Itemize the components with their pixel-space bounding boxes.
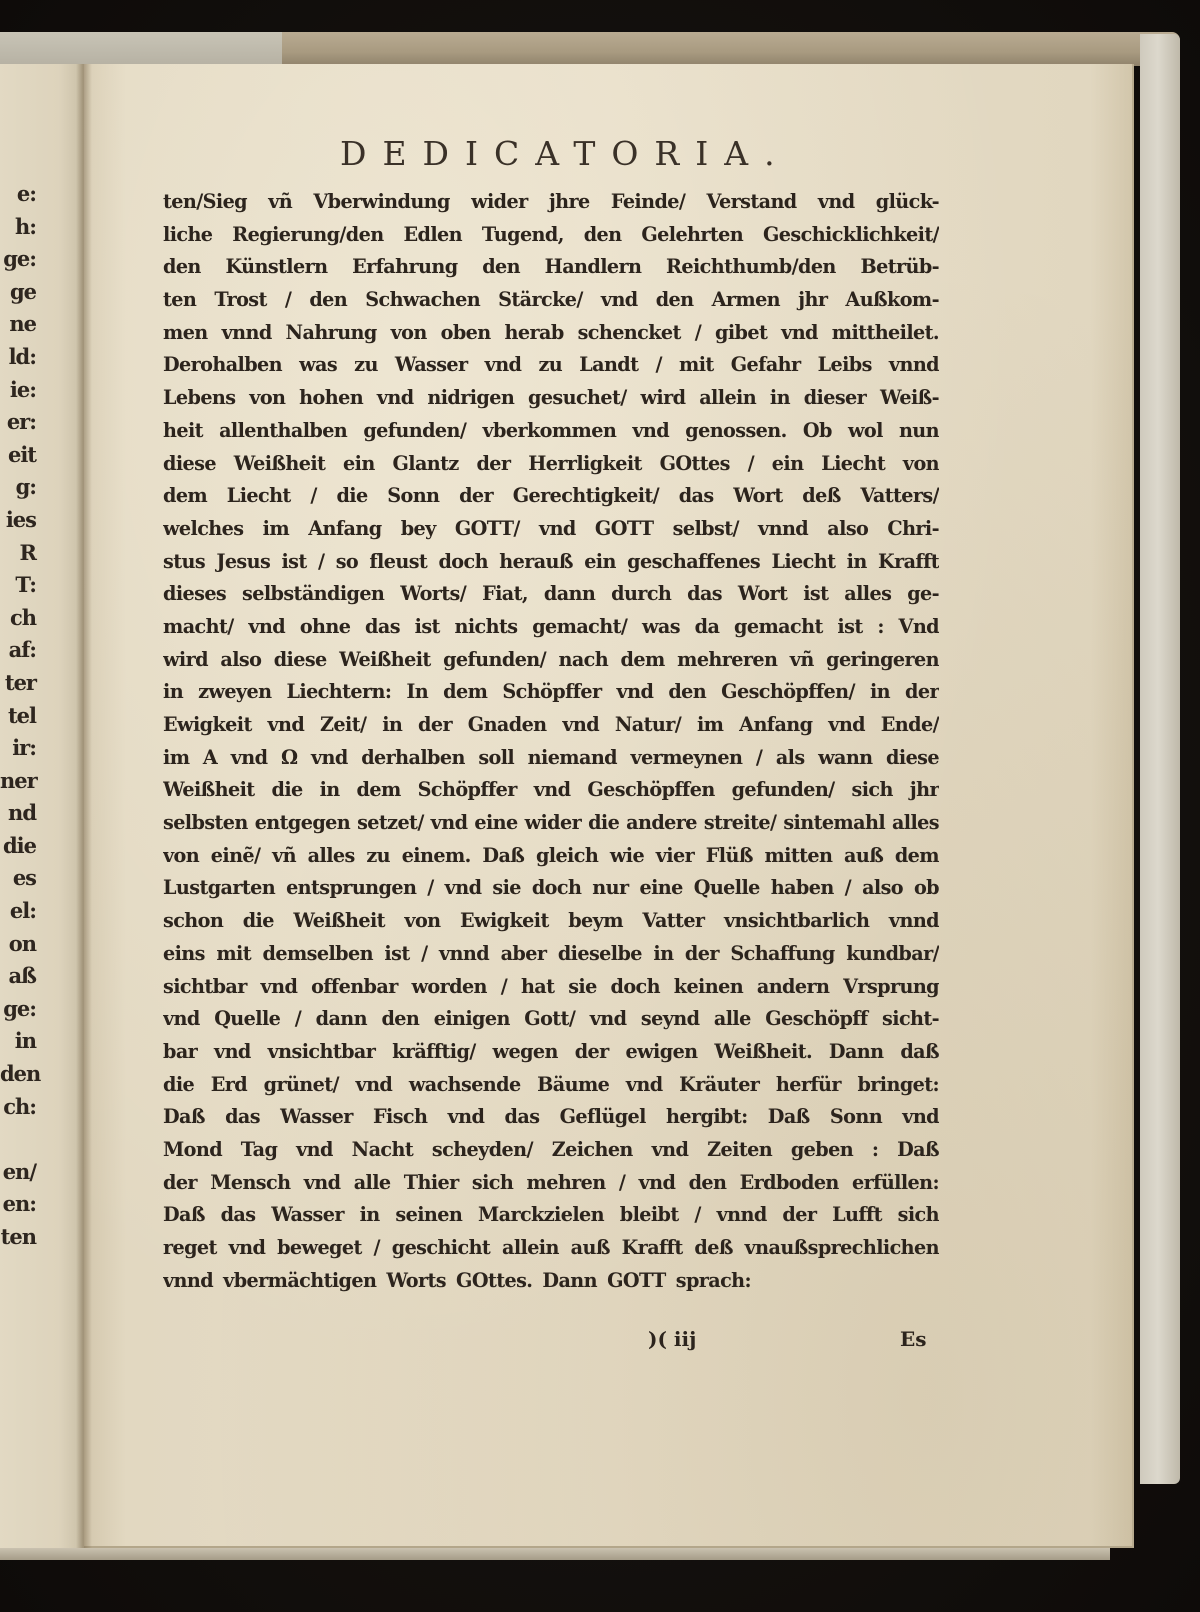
text-line: diese Weißheit ein Glantz der Herrligkei… — [163, 448, 939, 481]
fragment: die — [0, 830, 36, 863]
fragment: tel — [0, 700, 36, 733]
fragment: es — [0, 862, 36, 895]
text-line: wird also diese Weißheit gefunden/ nach … — [163, 644, 939, 677]
body-text: ten/Sieg vñ Vberwindung wider jhre Feind… — [163, 186, 939, 1297]
book-gutter — [76, 64, 92, 1548]
fragment: aß — [0, 960, 36, 993]
text-line: stus Jesus ist / so fleust doch herauß e… — [163, 546, 939, 579]
fragment: af: — [0, 634, 36, 667]
running-head: DEDICATORIA. — [340, 134, 800, 173]
fragment: eit — [0, 439, 36, 472]
fragment: ir: — [0, 732, 36, 765]
text-line: von einẽ/ vñ alles zu einem. Daß gleich … — [163, 840, 939, 873]
fragment: en/ — [0, 1156, 36, 1189]
text-line: heit allenthalben gefunden/ vberkommen v… — [163, 415, 939, 448]
fragment: ter — [0, 667, 36, 700]
text-line: in zweyen Liechtern: In dem Schöpffer vn… — [163, 676, 939, 709]
fragment: ge — [0, 276, 36, 309]
fragment: ge: — [0, 993, 36, 1026]
text-line: welches im Anfang bey GOTT/ vnd GOTT sel… — [163, 513, 939, 546]
fragment: ies — [0, 504, 36, 537]
fragment: ld: — [0, 341, 36, 374]
text-line: dieses selbständigen Worts/ Fiat, dann d… — [163, 578, 939, 611]
fragment: in — [0, 1025, 36, 1058]
text-line: eins mit demselben ist / vnnd aber diese… — [163, 938, 939, 971]
text-line: Weißheit die in dem Schöpffer vnd Geschö… — [163, 774, 939, 807]
text-line: liche Regierung/den Edlen Tugend, den Ge… — [163, 219, 939, 252]
text-line: men vnnd Nahrung von oben herab schencke… — [163, 317, 939, 350]
fragment: on — [0, 928, 36, 961]
text-line: den Künstlern Erfahrung den Handlern Rei… — [163, 251, 939, 284]
text-line: Ewigkeit vnd Zeit/ in der Gnaden vnd Nat… — [163, 709, 939, 742]
fragment: ne — [0, 308, 36, 341]
binding-top-edge-left — [0, 32, 282, 66]
text-line: sichtbar vnd offenbar worden / hat sie d… — [163, 971, 939, 1004]
signature-mark: )( iij — [648, 1327, 696, 1351]
left-page-text-fragments: e: h: ge: ge ne ld: ie: er: eit g: ies R… — [0, 178, 36, 1254]
text-line: reget vnd beweget / geschicht allein auß… — [163, 1232, 939, 1265]
text-line: Lebens von hohen vnd nidrigen gesuchet/ … — [163, 382, 939, 415]
text-line: ten/Sieg vñ Vberwindung wider jhre Feind… — [163, 186, 939, 219]
binding-right-edge — [1140, 34, 1180, 1484]
text-line: der Mensch vnd alle Thier sich mehren / … — [163, 1167, 939, 1200]
text-line: Daß das Wasser Fisch vnd das Geflügel he… — [163, 1101, 939, 1134]
text-line: Lustgarten entsprungen / vnd sie doch nu… — [163, 872, 939, 905]
catchword: Es — [900, 1327, 927, 1351]
text-line: die Erd grünet/ vnd wachsende Bäume vnd … — [163, 1069, 939, 1102]
text-line: Derohalben was zu Wasser vnd zu Landt / … — [163, 349, 939, 382]
fragment: ch — [0, 602, 36, 635]
fragment — [0, 1123, 36, 1156]
fragment: el: — [0, 895, 36, 928]
text-line: macht/ vnd ohne das ist nichts gemacht/ … — [163, 611, 939, 644]
text-line: selbsten entgegen setzet/ vnd eine wider… — [163, 807, 939, 840]
fragment: den — [0, 1058, 36, 1091]
text-line: bar vnd vnsichtbar kräfftig/ wegen der e… — [163, 1036, 939, 1069]
text-line: schon die Weißheit von Ewigkeit beym Vat… — [163, 905, 939, 938]
book-spread-photo: e: h: ge: ge ne ld: ie: er: eit g: ies R… — [0, 0, 1200, 1612]
binding-bottom-edge — [0, 1546, 1110, 1560]
text-line: Daß das Wasser in seinen Marckzielen ble… — [163, 1199, 939, 1232]
fragment: ner — [0, 765, 36, 798]
fragment: ch: — [0, 1091, 36, 1124]
text-line: vnd Quelle / dann den einigen Gott/ vnd … — [163, 1003, 939, 1036]
text-line: vnnd vbermächtigen Worts GOttes. Dann GO… — [163, 1265, 939, 1298]
text-line: Mond Tag vnd Nacht scheyden/ Zeichen vnd… — [163, 1134, 939, 1167]
fragment: er: — [0, 406, 36, 439]
fragment: e: — [0, 178, 36, 211]
fragment: R — [0, 537, 36, 570]
fragment: ie: — [0, 374, 36, 407]
text-line: im A vnd Ω vnd derhalben soll niemand ve… — [163, 742, 939, 775]
fragment: ten — [0, 1221, 36, 1254]
fragment: h: — [0, 211, 36, 244]
fragment: g: — [0, 471, 36, 504]
fragment: ge: — [0, 243, 36, 276]
fragment: en: — [0, 1188, 36, 1221]
text-line: dem Liecht / die Sonn der Gerechtigkeit/… — [163, 480, 939, 513]
fragment: nd — [0, 797, 36, 830]
text-line: ten Trost / den Schwachen Stärcke/ vnd d… — [163, 284, 939, 317]
fragment: T: — [0, 569, 36, 602]
